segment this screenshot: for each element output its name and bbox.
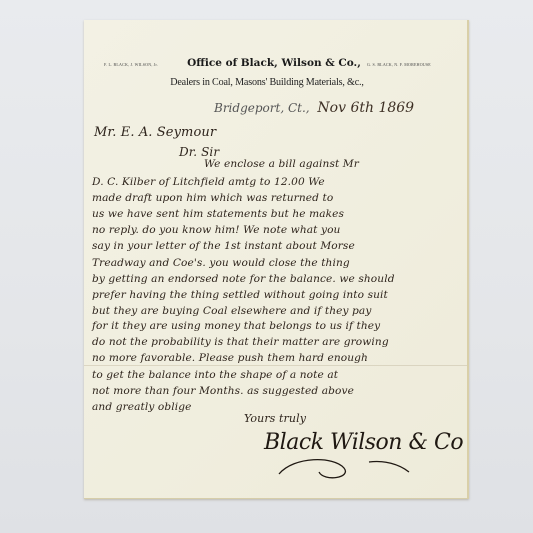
body-line: do not the probability is that their mat…: [92, 336, 462, 348]
dateline-date: Nov 6th 1869: [317, 100, 414, 116]
body-line: not more than four Months. as suggested …: [92, 385, 462, 397]
letterhead-title: Office of Black, Wilson & Co.,: [174, 57, 374, 69]
salutation: Mr. E. A. Seymour: [94, 125, 216, 140]
body-line: no more favorable. Please push them hard…: [92, 352, 462, 364]
body-line: Treadway and Coe's. you would close the …: [92, 257, 462, 269]
paper-fold-line: [84, 365, 467, 366]
body-line: by getting an endorsed note for the bala…: [92, 273, 462, 285]
dateline-place: Bridgeport, Ct.,: [214, 101, 310, 115]
letterhead-subtitle: Dealers in Coal, Masons' Building Materi…: [152, 76, 382, 88]
closing: Yours truly: [244, 412, 306, 425]
letterhead-partners-left: F. L. BLACK, J. WILSON, Jr.: [104, 62, 158, 67]
body-line: We enclose a bill against Mr: [204, 158, 533, 170]
letterhead-partners-right: G. S. BLACK, N. F. MOREHOUSE: [367, 62, 431, 67]
body-line: made draft upon him which was returned t…: [92, 192, 462, 204]
signature: Black Wilson & Co: [264, 430, 463, 455]
body-line: say in your letter of the 1st instant ab…: [92, 240, 462, 252]
body-line: no reply. do you know him! We note what …: [92, 224, 462, 236]
body-line: to get the balance into the shape of a n…: [92, 369, 462, 381]
salutation-sir: Dr. Sir: [179, 145, 219, 159]
dateline: Bridgeport, Ct., Nov 6th 1869: [214, 100, 454, 116]
body-line: prefer having the thing settled without …: [92, 289, 462, 301]
letter-paper: F. L. BLACK, J. WILSON, Jr. G. S. BLACK,…: [84, 20, 469, 499]
body-line: but they are buying Coal elsewhere and i…: [92, 305, 462, 317]
signature-flourish-icon: [274, 454, 414, 482]
body-line: for it they are using money that belongs…: [92, 320, 462, 332]
body-line: D. C. Kilber of Litchfield amtg to 12.00…: [92, 176, 462, 188]
body-line: us we have sent him statements but he ma…: [92, 208, 462, 220]
